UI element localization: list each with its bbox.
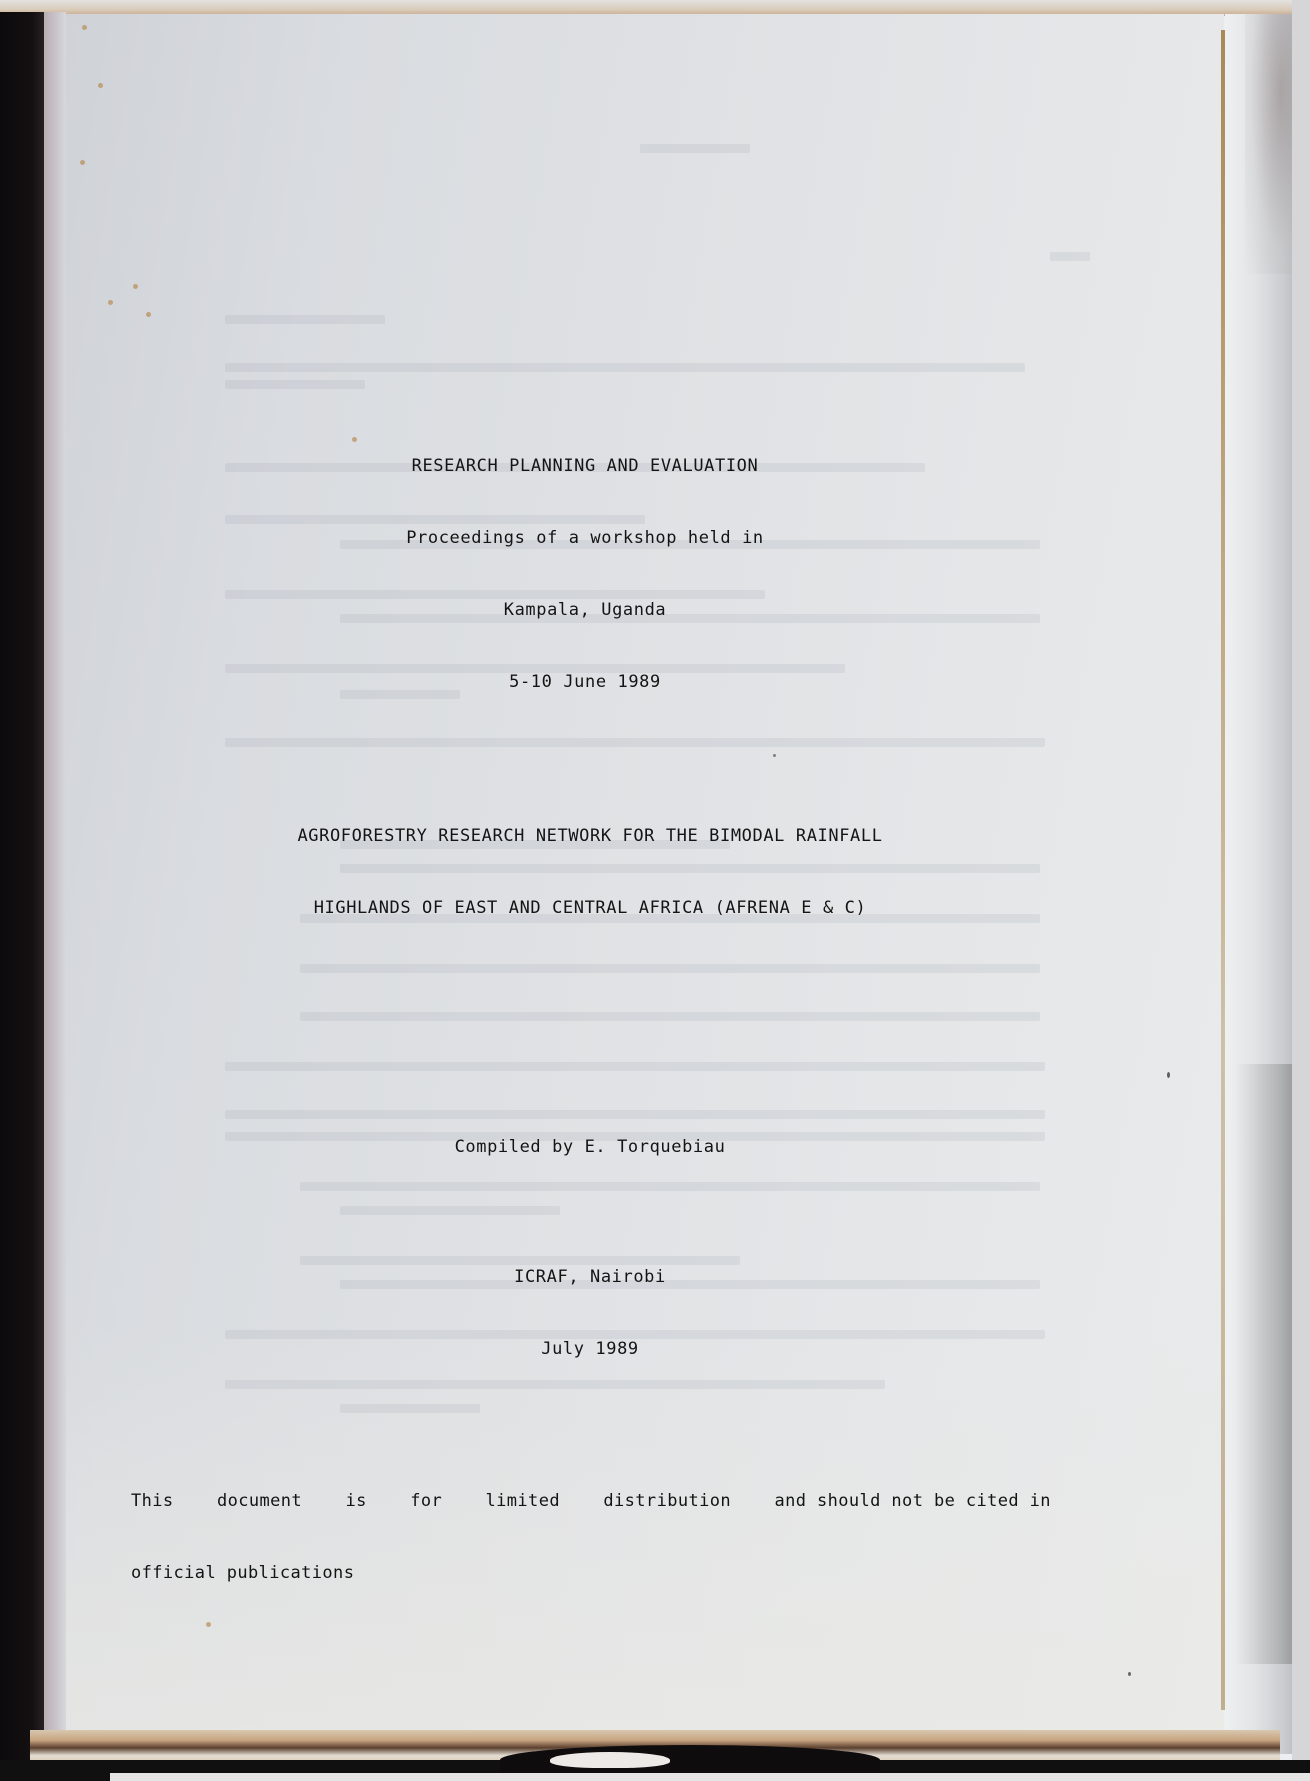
bottom-tear-highlight — [550, 1752, 670, 1768]
workshop-subtitle: Proceedings of a workshop held in — [320, 526, 850, 550]
notice-word: limited — [486, 1489, 560, 1513]
notice-word: This — [131, 1489, 174, 1513]
bottom-background — [110, 1773, 1310, 1781]
distribution-notice: This document is for limited distributio… — [131, 1441, 1071, 1633]
workshop-title-block: RESEARCH PLANNING AND EVALUATION Proceed… — [320, 406, 850, 742]
publication-date: July 1989 — [380, 1337, 800, 1361]
show-through-line — [1050, 252, 1090, 261]
show-through-line — [225, 315, 385, 324]
rust-speck — [98, 83, 103, 88]
rust-speck — [108, 300, 113, 305]
show-through-line — [300, 1012, 1040, 1021]
show-through-line — [640, 144, 750, 153]
scanned-page: RESEARCH PLANNING AND EVALUATION Proceed… — [0, 0, 1310, 1781]
binding-strip — [0, 12, 46, 1781]
show-through-line — [225, 1062, 1045, 1071]
notice-word: for — [410, 1489, 442, 1513]
institution: ICRAF, Nairobi — [380, 1265, 800, 1289]
rust-speck — [133, 284, 138, 289]
notice-word: and should not be cited in — [774, 1489, 1051, 1513]
rust-speck — [80, 160, 85, 165]
network-name-block: AGROFORESTRY RESEARCH NETWORK FOR THE BI… — [200, 776, 980, 968]
network-name-line2: HIGHLANDS OF EAST AND CENTRAL AFRICA (AF… — [200, 896, 980, 920]
dirt-speck — [1128, 1672, 1131, 1676]
dirt-speck — [773, 754, 776, 757]
workshop-location: Kampala, Uganda — [320, 598, 850, 622]
show-through-line — [225, 363, 1025, 372]
binding-shadow-edge — [44, 12, 66, 1752]
rust-speck — [82, 25, 87, 30]
notice-word: is — [345, 1489, 366, 1513]
workshop-dates: 5-10 June 1989 — [320, 670, 850, 694]
show-through-line — [225, 380, 365, 389]
notice-word: distribution — [603, 1489, 731, 1513]
right-background-band — [1292, 0, 1310, 1781]
notice-line-1: This document is for limited distributio… — [131, 1489, 1051, 1513]
dirt-speck — [1167, 1072, 1170, 1078]
rust-speck — [146, 312, 151, 317]
notice-word: document — [217, 1489, 302, 1513]
network-name-line1: AGROFORESTRY RESEARCH NETWORK FOR THE BI… — [200, 824, 980, 848]
notice-line-2: official publications — [131, 1561, 1071, 1585]
workshop-title: RESEARCH PLANNING AND EVALUATION — [320, 454, 850, 478]
compiled-by: Compiled by E. Torquebiau — [380, 1135, 800, 1159]
rusty-fold-line — [1221, 30, 1225, 1710]
compiler-block: Compiled by E. Torquebiau ICRAF, Nairobi… — [380, 1087, 800, 1409]
